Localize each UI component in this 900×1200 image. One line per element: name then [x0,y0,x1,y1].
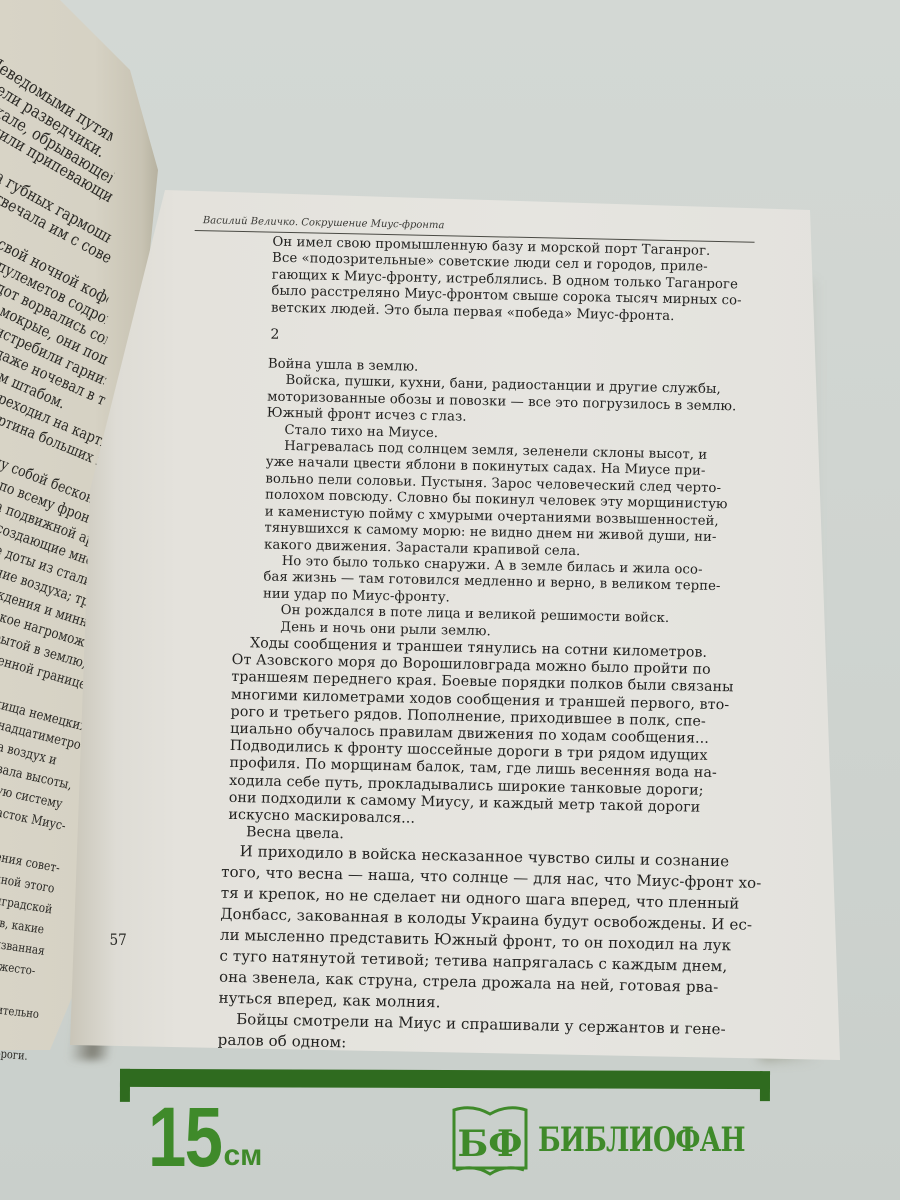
right-page-text-block: Василий Величко. Сокрушение Миус-фронта … [178,215,775,1062]
paragraph-block-3: Ходы сообщения и траншеи тянулись на сот… [182,634,766,853]
size-unit: см [223,1141,262,1171]
section-number: 2 [270,327,772,354]
book-logo-icon: БФ [450,1100,530,1180]
size-number: 15 [148,1095,221,1179]
size-label: 15 см [148,1095,262,1179]
brand-name: БИБЛИОФАН [538,1120,745,1160]
paragraph-block-1: Он имел свою промышленную базу и морской… [193,231,775,327]
brand: БФ БИБЛИОФАН [450,1100,803,1180]
paragraph-block-2: Война ушла в землю.Войска, пушки, кухни,… [186,355,772,646]
svg-text:БФ: БФ [458,1123,523,1165]
paragraph-block-4: И приходило в войска несказанное чувство… [178,840,762,1062]
banner-ruler-bar [120,1069,770,1089]
page-number: 57 [110,930,127,949]
